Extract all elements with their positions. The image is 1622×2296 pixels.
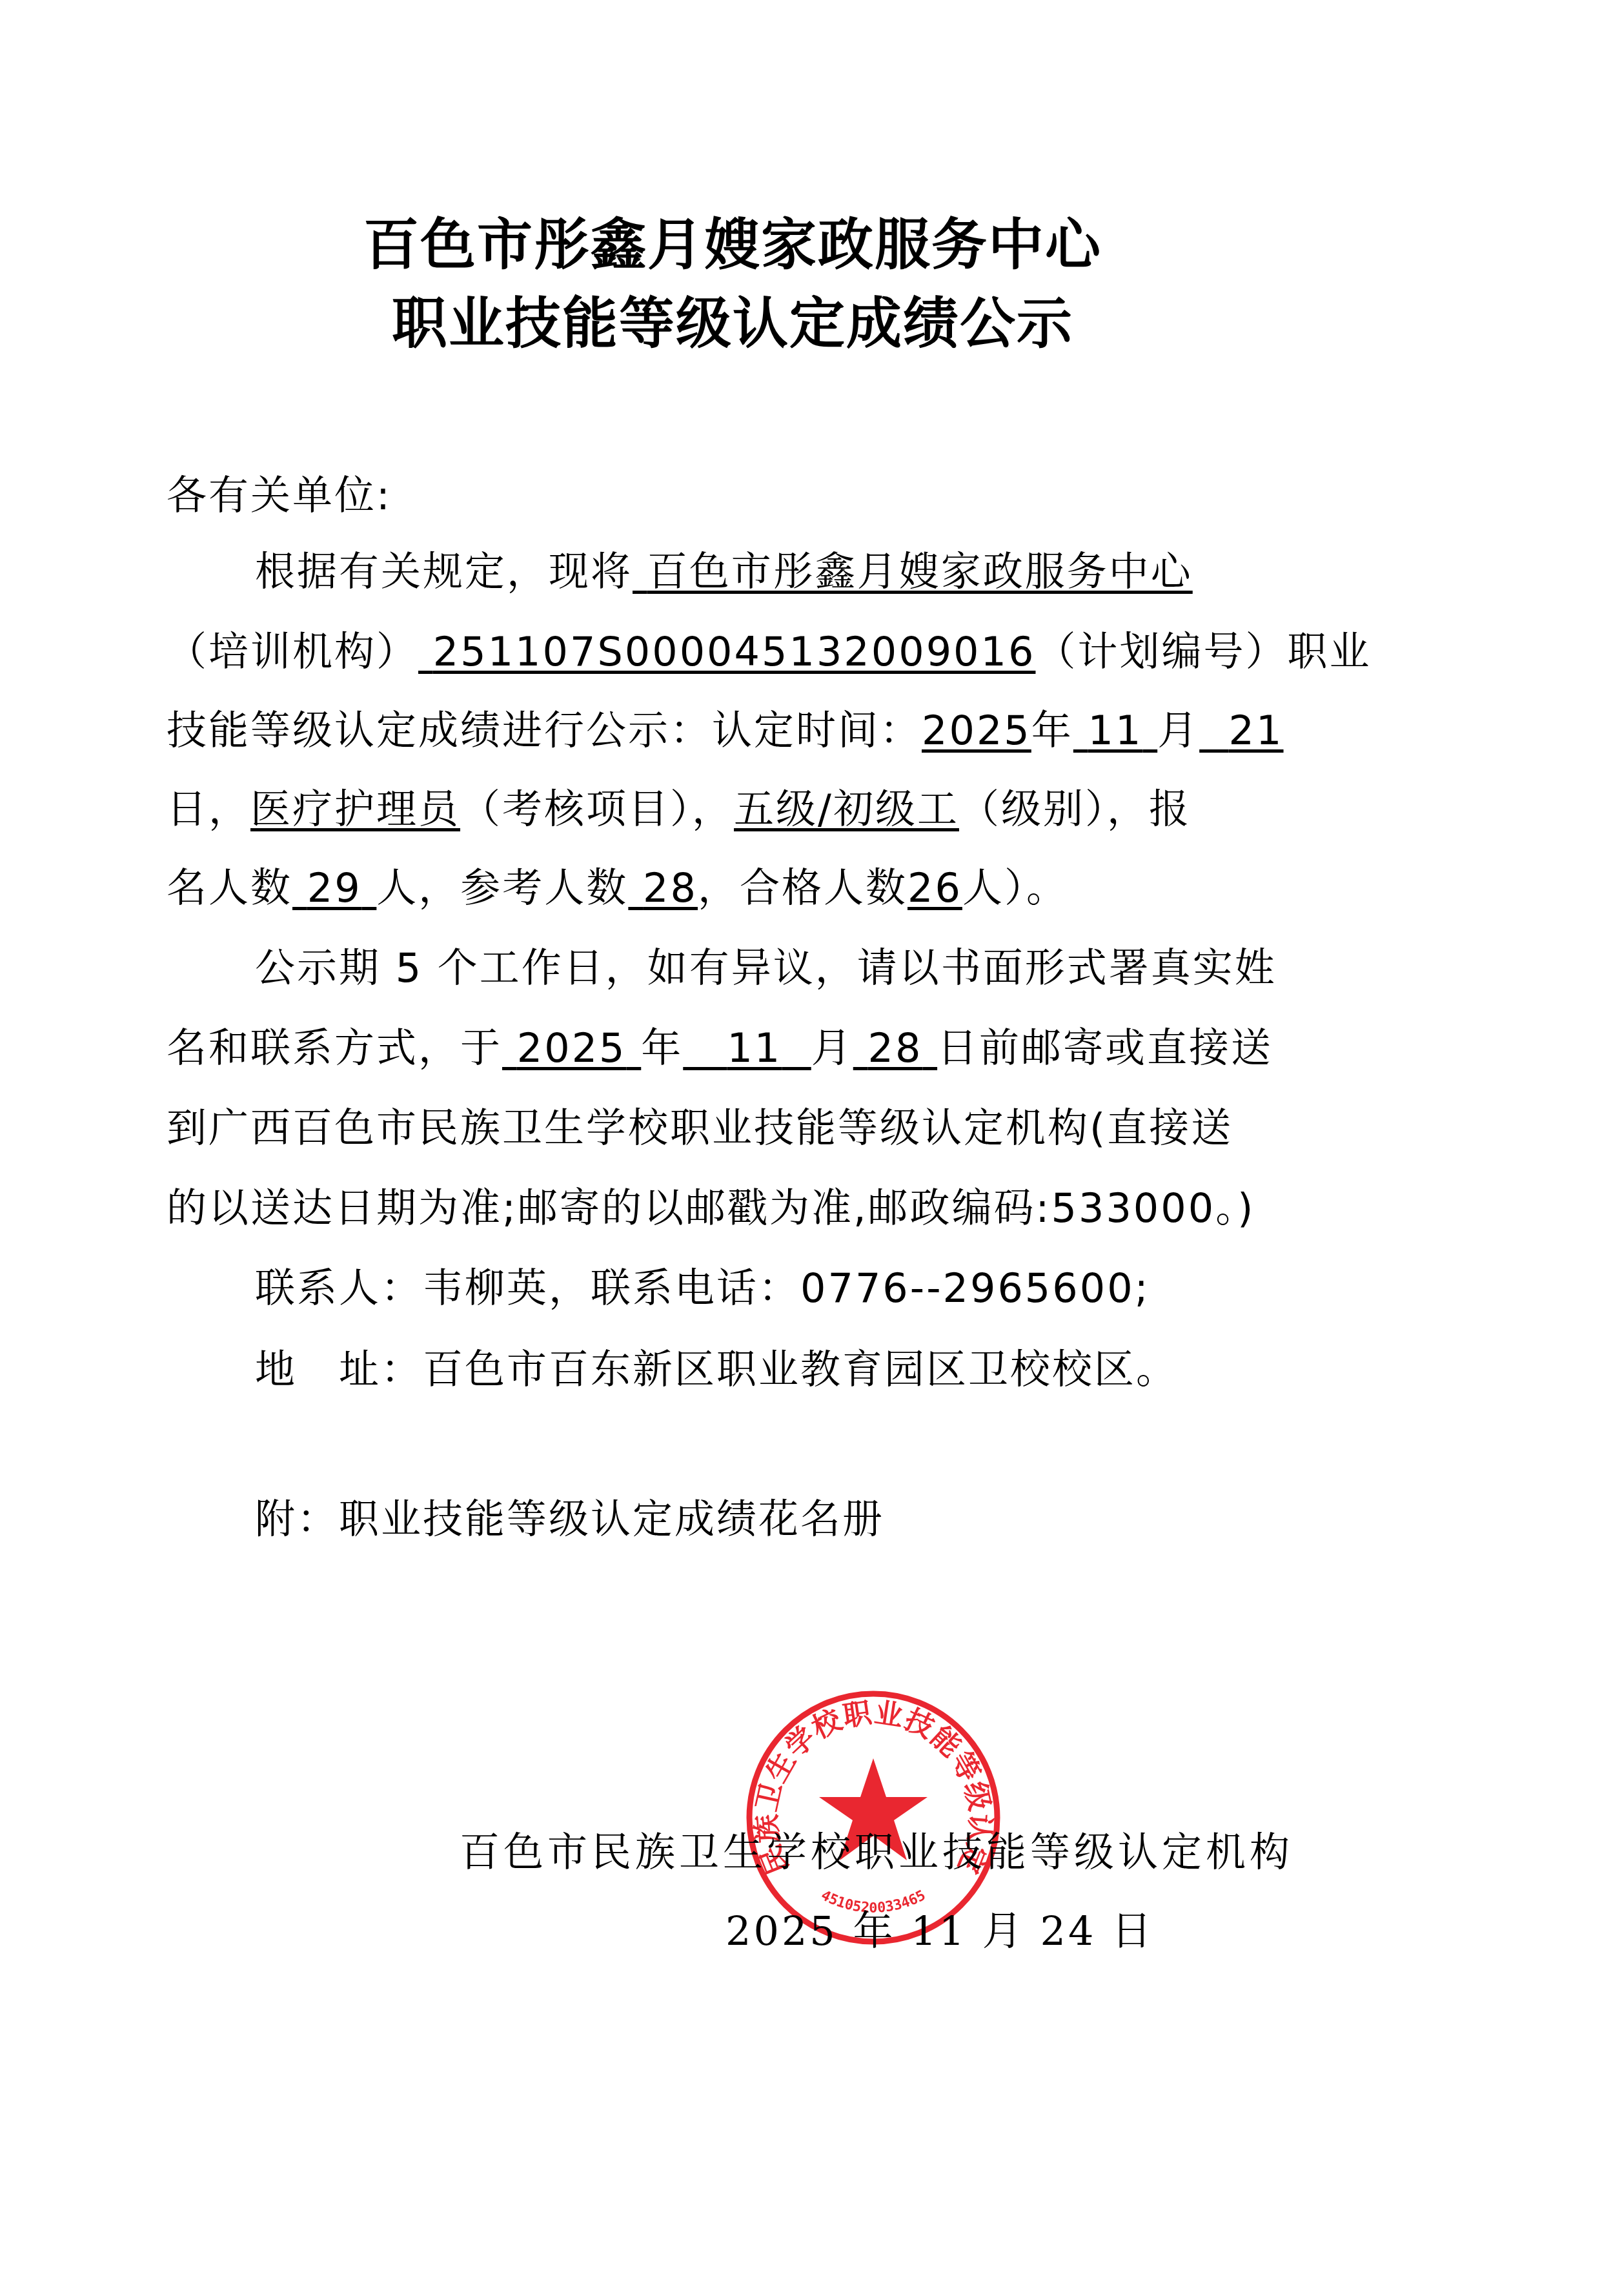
contact-line: 联系人：韦柳英，联系电话：0776--2965600;: [255, 1263, 1150, 1314]
day-char: 日，: [167, 786, 250, 833]
attachment-line: 附：职业技能等级认定成绩花名册: [255, 1494, 884, 1545]
para1-line5: 名人数 29 人，参考人数 28，合格人数26人）。: [167, 862, 1068, 914]
deadline-year: 2025: [502, 1024, 641, 1072]
training-org-name: 百色市彤鑫月嫂家政服务中心: [633, 548, 1193, 595]
para1-line2: （培训机构） 251107S000045132009016（计划编号）职业: [167, 626, 1371, 678]
training-org-label: （培训机构）: [167, 628, 418, 675]
para1-line4: 日，医疗护理员（考核项目），五级/初级工（级别），报: [167, 784, 1191, 835]
para2-line1: 公示期 5 个工作日，如有异议，请以书面形式署真实姓: [255, 942, 1277, 994]
assessment-month: 11: [1073, 707, 1157, 754]
month-char: 月: [1157, 707, 1199, 754]
para2-line3: 到广西百色市民族卫生学校职业技能等级认定机构(直接送: [167, 1102, 1233, 1154]
assessment-level: 五级/初级工: [734, 786, 959, 833]
year-char: 年: [1031, 707, 1073, 754]
address-line: 地 址：百色市百东新区职业教育园区卫校校区。: [255, 1344, 1178, 1396]
registered-label: 名人数: [167, 864, 292, 911]
para2-line4: 的以送达日期为准;邮寄的以邮戳为准,邮政编码:533000。): [167, 1183, 1255, 1234]
passed-suffix: 人）。: [962, 864, 1068, 911]
assessment-item: 医疗护理员: [250, 786, 460, 833]
month-char: 月: [811, 1024, 853, 1072]
page-title-line2: 职业技能等级认定成绩公示: [0, 292, 1465, 356]
participated-label: 人，参考人数: [376, 864, 628, 911]
page-title-line1: 百色市彤鑫月嫂家政服务中心: [0, 213, 1465, 278]
assessment-level-label: （级别），报: [959, 786, 1191, 833]
signature-org: 百色市民族卫生学校职业技能等级认定机构: [460, 1827, 1293, 1878]
para2-line2: 名和联系方式，于 2025 年 11 月 28 日前邮寄或直接送: [167, 1022, 1273, 1074]
deadline-suffix: 日前邮寄或直接送: [937, 1024, 1273, 1072]
passed-count: 26: [907, 864, 962, 911]
participated-count: 28: [628, 864, 698, 911]
para1-intro: 根据有关规定，现将: [255, 548, 633, 595]
assessment-day: 21: [1199, 707, 1283, 754]
assessment-item-label: （考核项目），: [460, 786, 734, 833]
deadline-label: 名和联系方式，于: [167, 1024, 502, 1072]
deadline-month: 11: [683, 1024, 811, 1072]
salutation: 各有关单位:: [167, 470, 392, 522]
passed-label: ，合格人数: [698, 864, 907, 911]
plan-number-label: （计划编号）职业: [1035, 628, 1371, 675]
plan-number: 251107S000045132009016: [418, 628, 1035, 675]
document-page: 百色市彤鑫月嫂家政服务中心 职业技能等级认定成绩公示 各有关单位: 根据有关规定…: [0, 0, 1622, 2296]
assessment-time-label: 技能等级认定成绩进行公示：认定时间：: [167, 707, 922, 754]
para1-line1: 根据有关规定，现将 百色市彤鑫月嫂家政服务中心: [255, 546, 1193, 598]
assessment-year: 2025: [922, 707, 1031, 754]
deadline-day: 28: [853, 1024, 937, 1072]
para1-line3: 技能等级认定成绩进行公示：认定时间：2025年 11 月 21: [167, 705, 1284, 757]
signature-date: 2025 年 11 月 24 日: [725, 1905, 1154, 1957]
registered-count: 29: [292, 864, 376, 911]
year-char: 年: [641, 1024, 683, 1072]
